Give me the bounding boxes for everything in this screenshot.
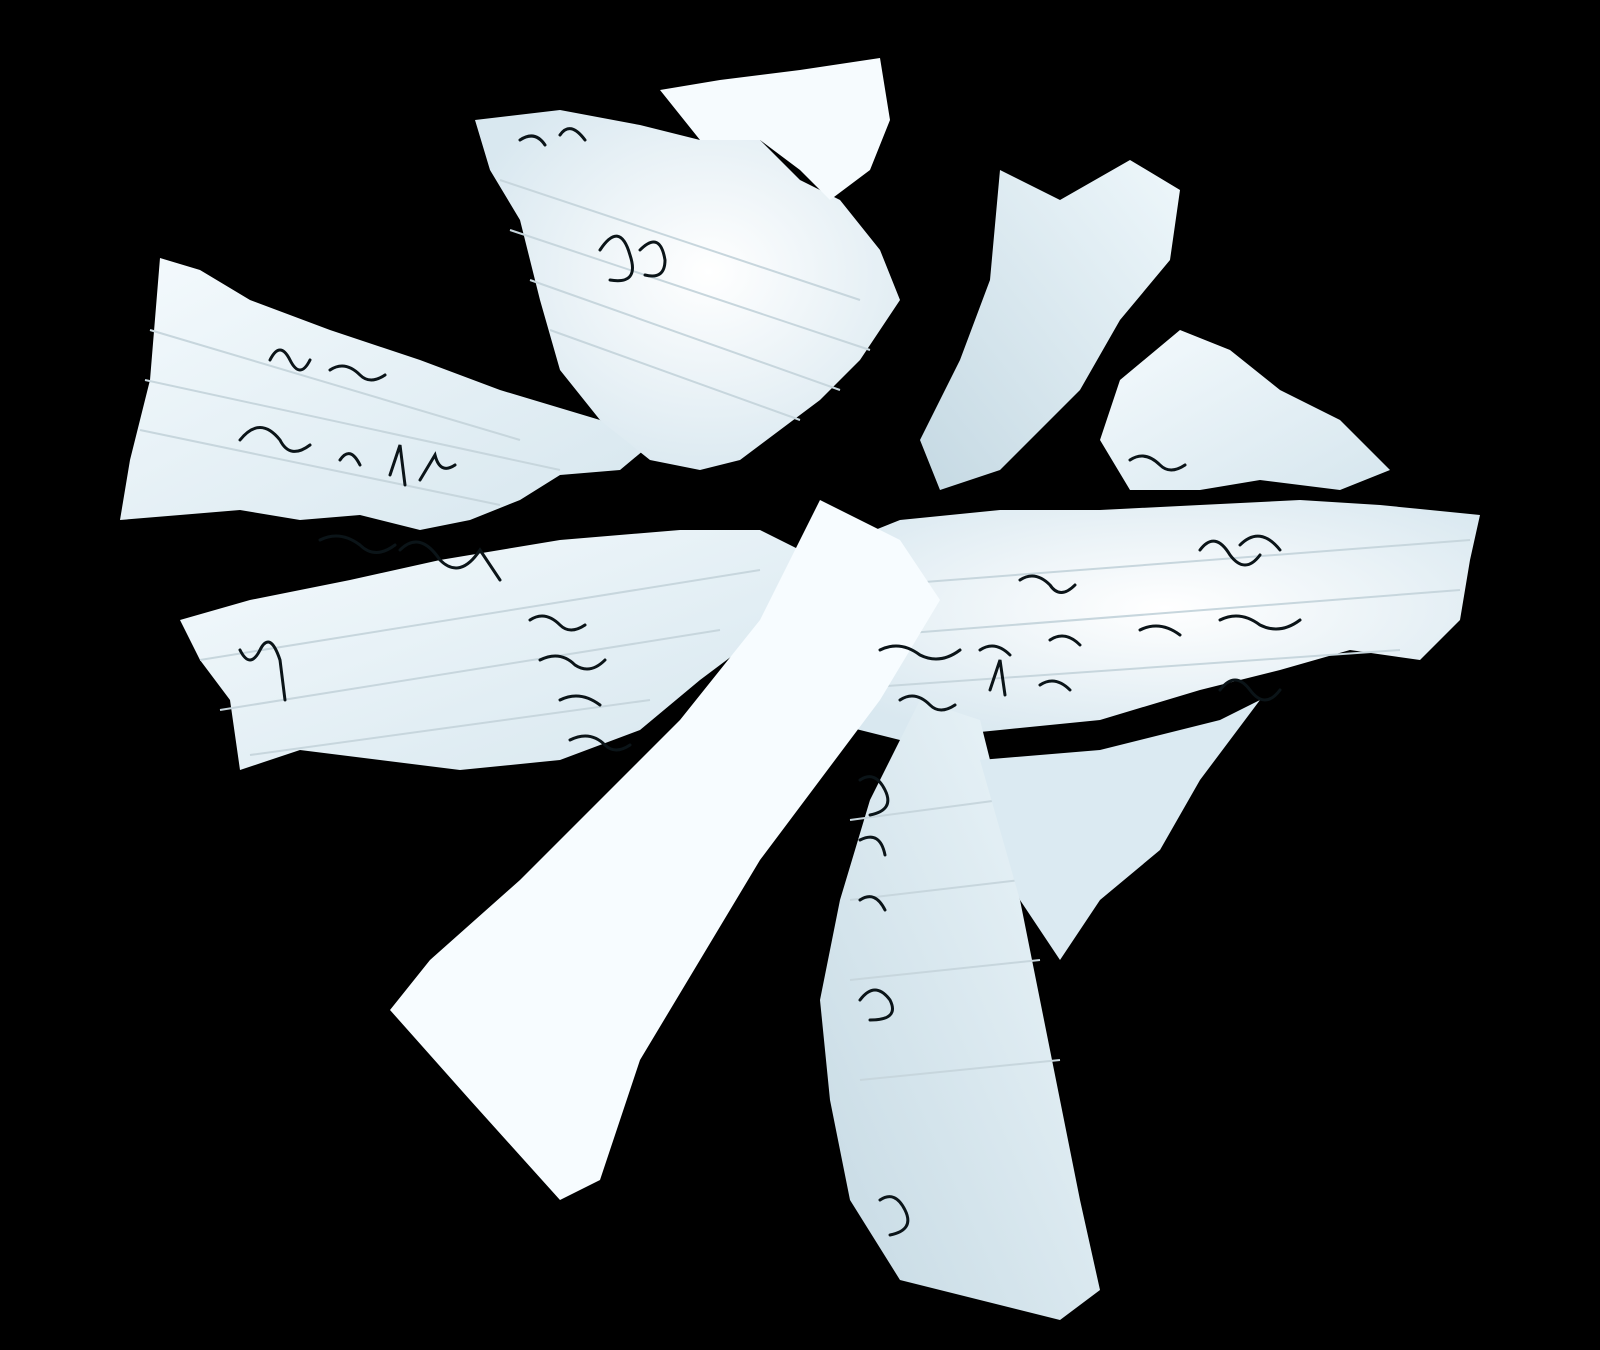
torn-paper-photo [0,0,1600,1350]
